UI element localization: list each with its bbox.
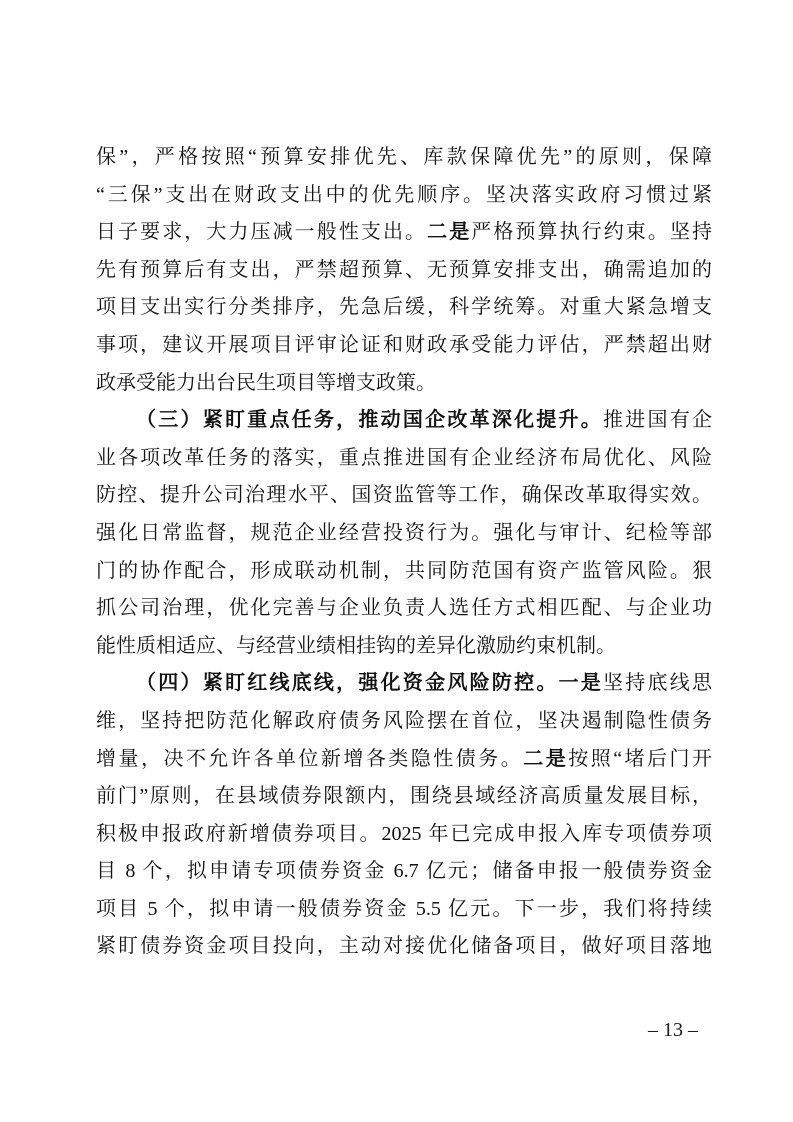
text-line: 强化日常监督，规范企业经营投资行为。强化与审计、纪检等部 [96,515,712,553]
text-line: （三）紧盯重点任务，推动国企改革深化提升。推进国有企 [96,402,712,440]
emphasis-text: 二是 [427,221,471,243]
body-text: 保”，严格按照“预算安排优先、库款保障优先”的原则，保障 [96,146,712,168]
text-line: 业各项改革任务的落实，重点推进国有企业经济布局优化、风险 [96,440,712,478]
body-text: 事项，建议开展项目评审论证和财政承受能力评估，严禁超出财 [96,334,712,356]
emphasis-text: （四）紧盯红线底线，强化资金风险防控。一是 [136,672,603,694]
body-text: 政承受能力出台民生项目等增支政策。 [96,372,436,394]
text-line: 增量，决不允许各单位新增各类隐性债务。二是按照“堵后门开 [96,741,712,779]
body-text: 增量，决不允许各单位新增各类隐性债务。 [96,748,523,770]
emphasis-text: （三）紧盯重点任务，推动国企改革深化提升。 [136,409,603,431]
text-line: 防控、提升公司治理水平、国资监管等工作，确保改革取得实效。 [96,477,712,515]
body-text: 强化日常监督，规范企业经营投资行为。强化与审计、纪检等部 [96,522,712,544]
body-text: 能性质相适应、与经营业绩相挂钩的差异化激励约束机制。 [96,635,616,657]
text-line: 门的协作配合，形成联动机制，共同防范国有资产监管风险。狠 [96,553,712,591]
body-text: “三保”支出在财政支出中的优先顺序。坚决落实政府习惯过紧 [96,184,712,206]
paragraph: （四）紧盯红线底线，强化资金风险防控。一是坚持底线思维，坚持把防范化解政府债务风… [96,665,712,966]
text-line: 项目支出实行分类排序，先急后缓，科学统筹。对重大紧急增支 [96,289,712,327]
body-text: 前门”原则，在县域债券限额内，围绕县域经济高质量发展目标， [96,785,712,807]
text-line: “三保”支出在财政支出中的优先顺序。坚决落实政府习惯过紧 [96,177,712,215]
text-line: 维，坚持把防范化解政府债务风险摆在首位，坚决遏制隐性债务 [96,703,712,741]
body-text: 严格预算执行约束。坚持 [471,221,712,243]
paragraph: （三）紧盯重点任务，推动国企改革深化提升。推进国有企业各项改革任务的落实，重点推… [96,402,712,665]
text-line: 日子要求，大力压减一般性支出。二是严格预算执行约束。坚持 [96,214,712,252]
body-text: 日子要求，大力压减一般性支出。 [96,221,427,243]
body-text: 按照“堵后门开 [568,748,712,770]
text-line: 紧盯债券资金项目投向，主动对接优化储备项目，做好项目落地 [96,928,712,966]
body-text: 业各项改革任务的落实，重点推进国有企业经济布局优化、风险 [96,447,712,469]
text-line: 抓公司治理，优化完善与企业负责人选任方式相匹配、与企业功 [96,590,712,628]
body-text: 防控、提升公司治理水平、国资监管等工作，确保改革取得实效。 [96,484,712,506]
body-text: 维，坚持把防范化解政府债务风险摆在首位，坚决遏制隐性债务 [96,710,712,732]
text-line: 政承受能力出台民生项目等增支政策。 [96,365,712,403]
text-line: 先有预算后有支出，严禁超预算、无预算安排支出，确需追加的 [96,252,712,290]
text-line: 积极申报政府新增债券项目。2025 年已完成申报入库专项债券项 [96,816,712,854]
body-text: 项目支出实行分类排序，先急后缓，科学统筹。对重大紧急增支 [96,296,712,318]
text-line: 事项，建议开展项目评审论证和财政承受能力评估，严禁超出财 [96,327,712,365]
body-text: 坚持底线思 [603,672,712,694]
body-text: 门的协作配合，形成联动机制，共同防范国有资产监管风险。狠 [96,560,712,582]
body-text: 积极申报政府新增债券项目。2025 年已完成申报入库专项债券项 [96,823,712,845]
text-line: 能性质相适应、与经营业绩相挂钩的差异化激励约束机制。 [96,628,712,666]
text-line: 保”，严格按照“预算安排优先、库款保障优先”的原则，保障 [96,139,712,177]
body-text: 紧盯债券资金项目投向，主动对接优化储备项目，做好项目落地 [96,935,712,957]
emphasis-text: 二是 [523,748,568,770]
text-line: 项目 5 个，拟申请一般债券资金 5.5 亿元。下一步，我们将持续 [96,891,712,929]
body-text: 先有预算后有支出，严禁超预算、无预算安排支出，确需追加的 [96,259,712,281]
text-line: 前门”原则，在县域债券限额内，围绕县域经济高质量发展目标， [96,778,712,816]
document-page: 保”，严格按照“预算安排优先、库款保障优先”的原则，保障“三保”支出在财政支出中… [0,0,793,1122]
text-line: 目 8 个，拟申请专项债券资金 6.7 亿元；储备申报一般债券资金 [96,853,712,891]
page-number: – 13 – [648,1019,698,1041]
text-block: 保”，严格按照“预算安排优先、库款保障优先”的原则，保障“三保”支出在财政支出中… [96,139,712,966]
body-text: 推进国有企 [603,409,712,431]
body-text: 抓公司治理，优化完善与企业负责人选任方式相匹配、与企业功 [96,597,712,619]
body-text: 项目 5 个，拟申请一般债券资金 5.5 亿元。下一步，我们将持续 [96,898,712,920]
paragraph: 保”，严格按照“预算安排优先、库款保障优先”的原则，保障“三保”支出在财政支出中… [96,139,712,402]
body-text: 目 8 个，拟申请专项债券资金 6.7 亿元；储备申报一般债券资金 [96,860,712,882]
text-line: （四）紧盯红线底线，强化资金风险防控。一是坚持底线思 [96,665,712,703]
